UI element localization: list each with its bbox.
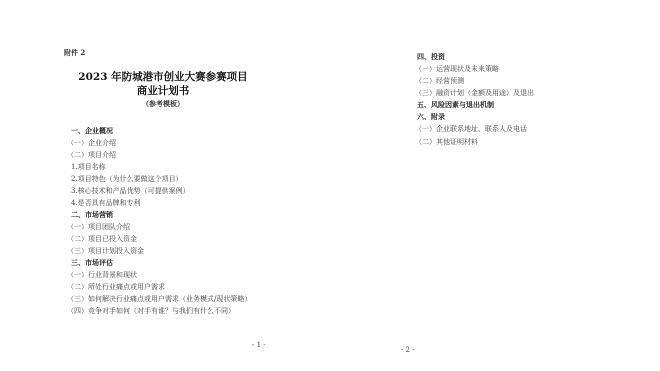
section-heading: 五、风险因素与退出机制 [417, 100, 494, 110]
outline-item: （三）融资计划（金额及用途）及退出 [415, 88, 534, 98]
outline-item: 2.项目特色（为什么要做这个项目） [71, 174, 183, 184]
section-heading: 三、市场评估 [71, 258, 113, 268]
outline-item: （四）竞争对手如何（对手有谁？与我们有什么不同） [67, 306, 235, 316]
document-page-1: 附件 2 2023 年防城港市创业大赛参赛项目 商业计划书 （参考模板） 一、企… [0, 0, 330, 371]
outline-item: （二）其他证明材料 [415, 137, 478, 147]
outline-item: 4.是否具有品牌和专利 [71, 198, 141, 208]
outline-item: （一）项目团队介绍 [67, 222, 130, 232]
document-title-note: （参考模板） [0, 99, 328, 109]
document-title-line-2: 商业计划书 [0, 83, 328, 98]
outline-item: （二）项目已投入资金 [67, 234, 137, 244]
document-page-2: 四、投资 （一）运营现状及未来策略 （二）经营预测 （三）融资计划（金额及用途）… [330, 0, 660, 371]
section-heading: 二、市场营销 [71, 210, 113, 220]
outline-item: 1.项目名称 [71, 162, 106, 172]
outline-item: （二）项目介绍 [67, 150, 116, 160]
outline-item: （一）行业背景和现状 [67, 270, 137, 280]
outline-item: （一）企业联系地址、联系人及电话 [415, 124, 527, 134]
document-title-line-1: 2023 年防城港市创业大赛参赛项目 [0, 69, 328, 84]
section-heading: 四、投资 [417, 52, 445, 62]
outline-item: （二）经营预测 [415, 76, 464, 86]
outline-item: （三）项目计划投入资金 [67, 246, 144, 256]
page-number: - 1 - [252, 341, 266, 349]
outline-item: （三）如何解决行业痛点或用户需求（业务模式/现状策略） [67, 294, 251, 304]
section-heading: 六、附录 [417, 112, 445, 122]
outline-item: （二）所处行业痛点或用户需求 [67, 282, 165, 292]
outline-item: （一）企业介绍 [67, 138, 116, 148]
outline-item: （一）运营现状及未来策略 [415, 64, 499, 74]
section-heading: 一、企业概况 [71, 126, 113, 136]
page-number: - 2 - [401, 346, 415, 354]
outline-item: 3.核心技术和产品优势（可提供案例） [71, 186, 190, 196]
attachment-label: 附件 2 [64, 48, 85, 58]
